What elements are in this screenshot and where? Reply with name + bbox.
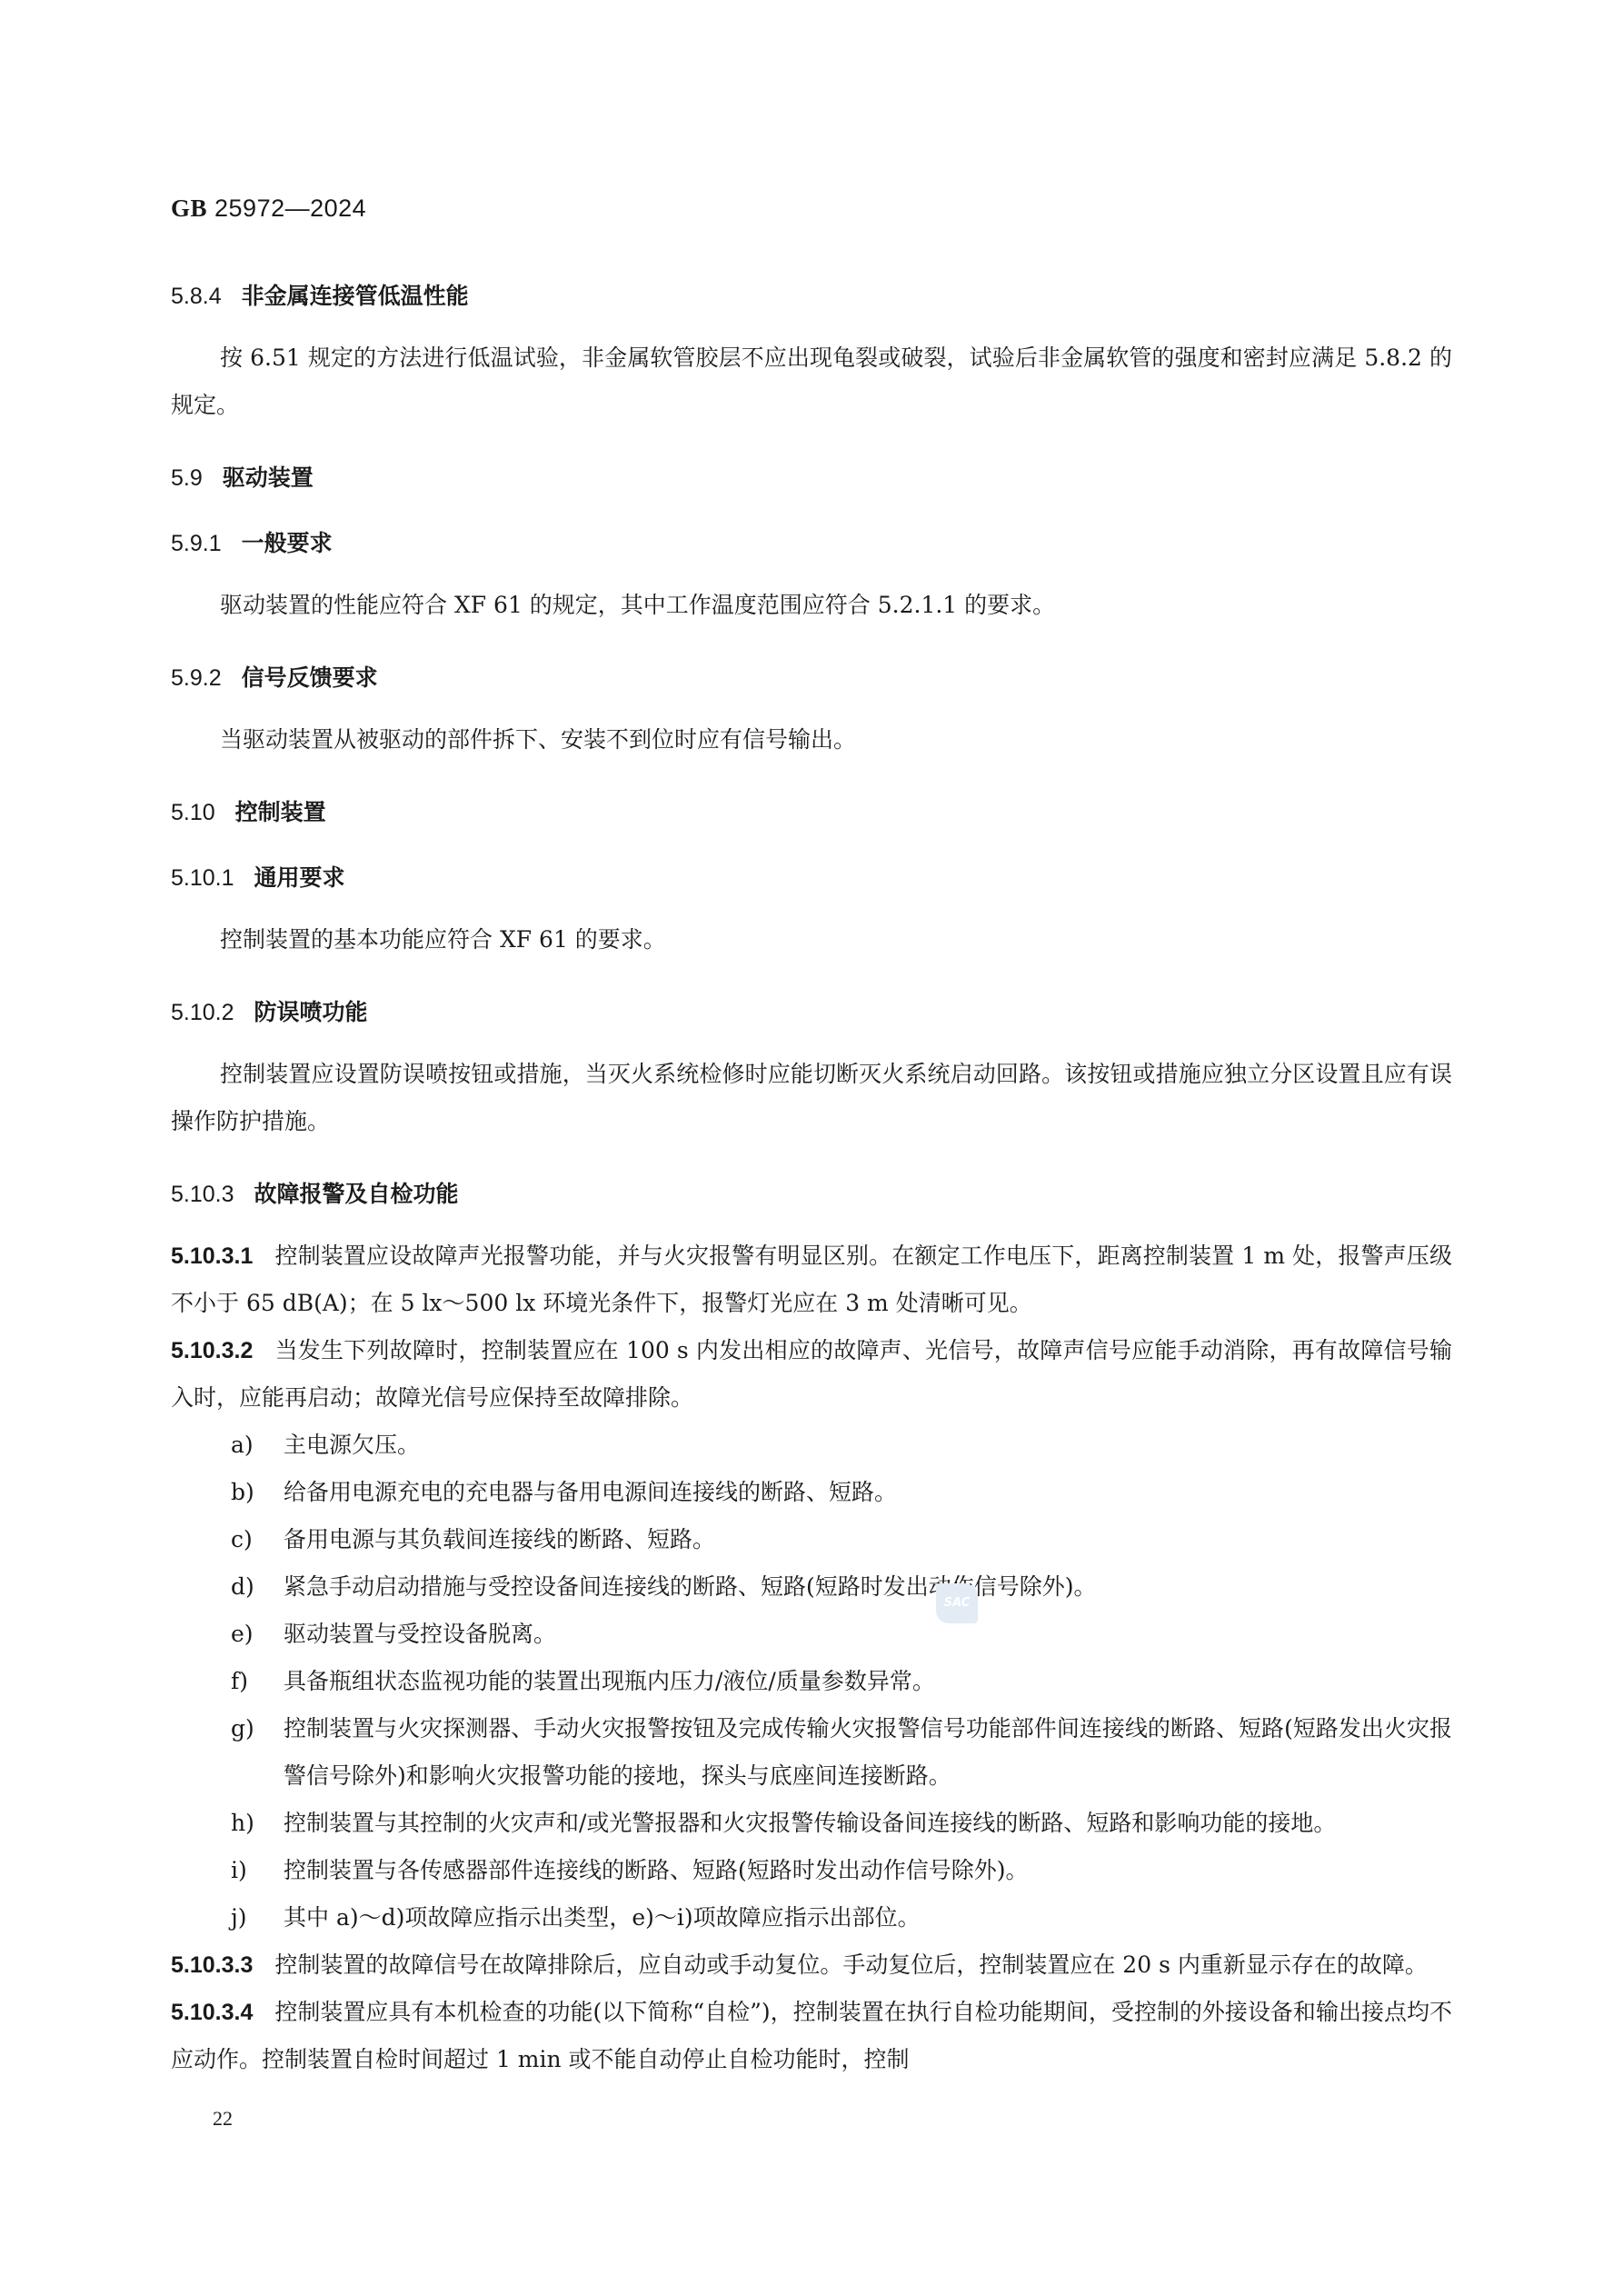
heading-5-10-1: 5.10.1通用要求	[171, 862, 1452, 894]
paragraph-5-8-4: 按 6.51 规定的方法进行低温试验，非金属软管胶层不应出现龟裂或破裂，试验后非…	[171, 334, 1452, 429]
page-number: 22	[213, 2107, 233, 2131]
list-item-d: d)紧急手动启动措施与受控设备间连接线的断路、短路(短路时发出动作信号除外)。	[171, 1563, 1452, 1611]
heading-title: 通用要求	[254, 864, 345, 891]
list-item-a: a)主电源欠压。	[171, 1422, 1452, 1469]
clause-number: 5.10.3.1	[171, 1243, 253, 1269]
list-item-h: h)控制装置与其控制的火灾声和/或光警报器和火灾报警传输设备间连接线的断路、短路…	[171, 1800, 1452, 1847]
paragraph-5-9-1: 驱动装置的性能应符合 XF 61 的规定，其中工作温度范围应符合 5.2.1.1…	[171, 582, 1452, 629]
clause-number: 5.10.3.2	[171, 1338, 253, 1363]
paragraph-5-10-1: 控制装置的基本功能应符合 XF 61 的要求。	[171, 916, 1452, 963]
list-marker: i)	[231, 1847, 247, 1894]
heading-number: 5.9.2	[171, 662, 222, 694]
clause-text: 控制装置应设故障声光报警功能，并与火灾报警有明显区别。在额定工作电压下，距离控制…	[171, 1243, 1452, 1316]
list-marker: b)	[231, 1469, 254, 1516]
list-item-text: 具备瓶组状态监视功能的装置出现瓶内压力/液位/质量参数异常。	[284, 1668, 935, 1694]
list-item-b: b)给备用电源充电的充电器与备用电源间连接线的断路、短路。	[171, 1469, 1452, 1516]
heading-5-10: 5.10控制装置	[171, 796, 1452, 829]
clause-number: 5.10.3.3	[171, 1952, 253, 1978]
heading-number: 5.9	[171, 462, 203, 494]
heading-title: 信号反馈要求	[242, 664, 378, 691]
list-marker: g)	[231, 1705, 254, 1752]
heading-5-10-3: 5.10.3故障报警及自检功能	[171, 1178, 1452, 1211]
paragraph-5-9-2: 当驱动装置从被驱动的部件拆下、安装不到位时应有信号输出。	[171, 716, 1452, 764]
list-item-text: 控制装置与火灾探测器、手动火灾报警按钮及完成传输火灾报警信号功能部件间连接线的断…	[284, 1715, 1452, 1789]
clause-text: 当发生下列故障时，控制装置应在 100 s 内发出相应的故障声、光信号，故障声信…	[171, 1337, 1452, 1411]
list-item-text: 控制装置与其控制的火灾声和/或光警报器和火灾报警传输设备间连接线的断路、短路和影…	[284, 1810, 1336, 1836]
list-item-c: c)备用电源与其负载间连接线的断路、短路。	[171, 1516, 1452, 1563]
heading-title: 防误喷功能	[254, 999, 368, 1025]
heading-number: 5.8.4	[171, 280, 222, 313]
clause-5-10-3-1: 5.10.3.1控制装置应设故障声光报警功能，并与火灾报警有明显区别。在额定工作…	[171, 1233, 1452, 1327]
list-item-text: 其中 a)～d)项故障应指示出类型，e)～i)项故障应指示出部位。	[284, 1904, 921, 1931]
document-identifier: GB25972—2024	[171, 195, 366, 223]
list-item-text: 控制装置与各传感器部件连接线的断路、短路(短路时发出动作信号除外)。	[284, 1857, 1029, 1883]
list-item-text: 驱动装置与受控设备脱离。	[284, 1621, 556, 1647]
heading-5-10-2: 5.10.2防误喷功能	[171, 996, 1452, 1029]
heading-number: 5.10	[171, 796, 215, 829]
heading-title: 驱动装置	[223, 464, 314, 491]
list-marker: j)	[231, 1894, 247, 1942]
clause-text: 控制装置应具有本机检查的功能(以下简称“自检”)，控制装置在执行自检功能期间，受…	[171, 1999, 1452, 2072]
list-marker: h)	[231, 1800, 254, 1847]
document-page: GB25972—2024 5.8.4非金属连接管低温性能 按 6.51 规定的方…	[0, 0, 1623, 2296]
document-body: 5.8.4非金属连接管低温性能 按 6.51 规定的方法进行低温试验，非金属软管…	[171, 280, 1452, 2083]
heading-5-9-2: 5.9.2信号反馈要求	[171, 662, 1452, 694]
heading-number: 5.10.2	[171, 996, 234, 1029]
paragraph-5-10-2: 控制装置应设置防误喷按钮或措施，当灭火系统检修时应能切断灭火系统启动回路。该按钮…	[171, 1051, 1452, 1145]
clause-5-10-3-3: 5.10.3.3控制装置的故障信号在故障排除后，应自动或手动复位。手动复位后，控…	[171, 1942, 1452, 1989]
list-item-text: 给备用电源充电的充电器与备用电源间连接线的断路、短路。	[284, 1479, 897, 1505]
list-item-e: e)驱动装置与受控设备脱离。	[171, 1611, 1452, 1658]
clause-5-10-3-4: 5.10.3.4控制装置应具有本机检查的功能(以下简称“自检”)，控制装置在执行…	[171, 1989, 1452, 2083]
heading-number: 5.9.1	[171, 527, 222, 560]
clause-number: 5.10.3.4	[171, 2000, 253, 2025]
heading-5-9-1: 5.9.1一般要求	[171, 527, 1452, 560]
list-marker: c)	[231, 1516, 253, 1563]
heading-5-9: 5.9驱动装置	[171, 462, 1452, 494]
heading-5-8-4: 5.8.4非金属连接管低温性能	[171, 280, 1452, 313]
heading-number: 5.10.1	[171, 862, 234, 894]
doc-prefix: GB	[171, 195, 207, 222]
list-item-j: j)其中 a)～d)项故障应指示出类型，e)～i)项故障应指示出部位。	[171, 1894, 1452, 1942]
sac-watermark-icon: SAC	[936, 1583, 978, 1623]
heading-number: 5.10.3	[171, 1178, 234, 1211]
heading-title: 控制装置	[235, 799, 326, 825]
heading-title: 一般要求	[242, 530, 333, 556]
list-marker: d)	[231, 1563, 254, 1611]
list-item-g: g)控制装置与火灾探测器、手动火灾报警按钮及完成传输火灾报警信号功能部件间连接线…	[171, 1705, 1452, 1800]
list-marker: a)	[231, 1422, 254, 1469]
clause-text: 控制装置的故障信号在故障排除后，应自动或手动复位。手动复位后，控制装置应在 20…	[274, 1952, 1428, 1978]
clause-5-10-3-2: 5.10.3.2当发生下列故障时，控制装置应在 100 s 内发出相应的故障声、…	[171, 1327, 1452, 1422]
list-marker: f)	[231, 1658, 248, 1705]
heading-title: 非金属连接管低温性能	[242, 283, 469, 309]
list-item-i: i)控制装置与各传感器部件连接线的断路、短路(短路时发出动作信号除外)。	[171, 1847, 1452, 1894]
list-item-f: f)具备瓶组状态监视功能的装置出现瓶内压力/液位/质量参数异常。	[171, 1658, 1452, 1705]
doc-number: 25972—2024	[214, 195, 366, 222]
heading-title: 故障报警及自检功能	[254, 1181, 459, 1207]
list-item-text: 主电源欠压。	[284, 1432, 420, 1458]
list-item-text: 备用电源与其负载间连接线的断路、短路。	[284, 1526, 715, 1552]
list-marker: e)	[231, 1611, 254, 1658]
